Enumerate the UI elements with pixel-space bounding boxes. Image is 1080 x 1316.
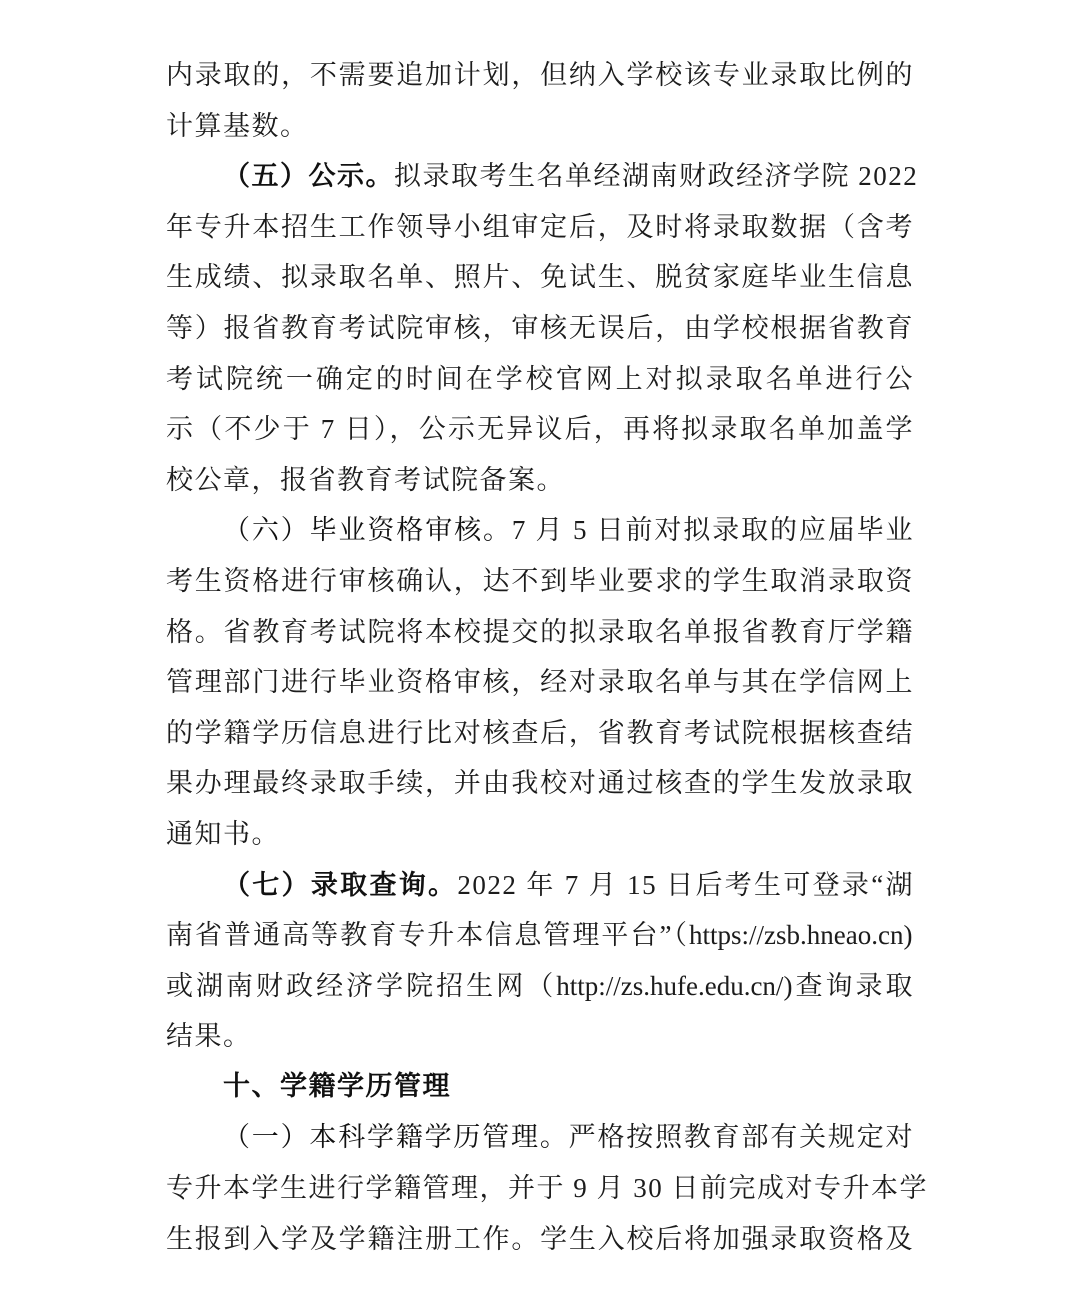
paragraph-line: 内录取的，不需要追加计划，但纳入学校该专业录取比例的 [166,50,914,101]
line-text: 严格按照教育部有关规定对 [569,1122,914,1152]
paragraph-publicity: （五）公示。拟录取考生名单经湖南财政经济学院 2022 年专升本招生工作领导小组… [166,151,914,505]
paragraph-first-line: （五）公示。拟录取考生名单经湖南财政经济学院 2022 [166,151,914,202]
paragraph-line: 或湖南财政经济学院招生网（http://zs.hufe.edu.cn/)查询录取 [166,961,914,1012]
paragraph-line: 结果。 [166,1011,914,1062]
paragraph-line: 南省普通高等教育专升本信息管理平台”（https://zsb.hneao.cn) [166,910,914,961]
url-text: https://zsb.hneao.cn [689,920,903,950]
paragraph-continuation: 内录取的，不需要追加计划，但纳入学校该专业录取比例的 计算基数。 [166,50,914,151]
paragraph-line: 生报到入学及学籍注册工作。学生入校后将加强录取资格及 [166,1214,914,1265]
line-text: 结果。 [166,1021,252,1051]
line-text: 拟录取考生名单经湖南财政经济学院 2022 [394,161,918,191]
paragraph-line: 的学籍学历信息进行比对核查后，省教育考试院根据核查结 [166,708,914,759]
paragraph-line: 通知书。 [166,809,914,860]
paragraph-line: 生成绩、拟录取名单、照片、免试生、脱贫家庭毕业生信息 [166,252,914,303]
paragraph-line: 管理部门进行毕业资格审核，经对录取名单与其在学信网上 [166,657,914,708]
item-lead: （一）本科学籍学历管理。 [223,1122,569,1152]
paragraph-line: 格。省教育考试院将本校提交的拟录取名单报省教育厅学籍 [166,607,914,658]
item-lead: （五）公示。 [223,161,394,191]
paragraph-line: 专升本学生进行学籍管理，并于 9 月 30 日前完成对专升本学 [166,1163,914,1214]
paragraph-line: 等）报省教育考试院审核，审核无误后，由学校根据省教育 [166,303,914,354]
paragraph-graduation-review: （六）毕业资格审核。7 月 5 日前对拟录取的应届毕业 考生资格进行审核确认，达… [166,505,914,859]
url-text: http://zs.hufe.edu.cn/ [556,971,783,1001]
paragraph-line: 考生资格进行审核确认，达不到毕业要求的学生取消录取资 [166,556,914,607]
paragraph-line: 校公章，报省教育考试院备案。 [166,455,914,506]
paragraph-first-line: （六）毕业资格审核。7 月 5 日前对拟录取的应届毕业 [166,505,914,556]
paragraph-first-line: （一）本科学籍学历管理。严格按照教育部有关规定对 [166,1112,914,1163]
paragraph-line: 考试院统一确定的时间在学校官网上对拟录取名单进行公 [166,354,914,405]
document-page: 内录取的，不需要追加计划，但纳入学校该专业录取比例的 计算基数。 （五）公示。拟… [166,50,914,1264]
paragraph-line: 年专升本招生工作领导小组审定后，及时将录取数据（含考 [166,202,914,253]
paragraph-line: 计算基数。 [166,101,914,152]
item-lead: （七）录取查询。 [223,870,457,900]
line-text: 南省普通高等教育专升本信息管理平台”（ [166,920,689,950]
line-text: 7 月 5 日前对拟录取的应届毕业 [512,515,914,545]
paragraph-admission-query: （七）录取查询。2022 年 7 月 15 日后考生可登录“湖 南省普通高等教育… [166,860,914,1062]
section-heading: 十、学籍学历管理 [166,1062,914,1113]
item-lead: （六）毕业资格审核。 [223,515,512,545]
paragraph-enrollment-management: （一）本科学籍学历管理。严格按照教育部有关规定对 专升本学生进行学籍管理，并于 … [166,1112,914,1264]
line-text: 2022 年 7 月 15 日后考生可登录“湖 [457,870,914,900]
paragraph-line: 果办理最终录取手续，并由我校对通过核查的学生发放录取 [166,758,914,809]
paragraph-first-line: （七）录取查询。2022 年 7 月 15 日后考生可登录“湖 [166,860,914,911]
line-text: 或湖南财政经济学院招生网（ [166,971,556,1001]
line-text: ) [904,920,915,950]
line-text: )查询录取 [783,971,914,1001]
paragraph-line: 示（不少于 7 日），公示无异议后，再将拟录取名单加盖学 [166,404,914,455]
